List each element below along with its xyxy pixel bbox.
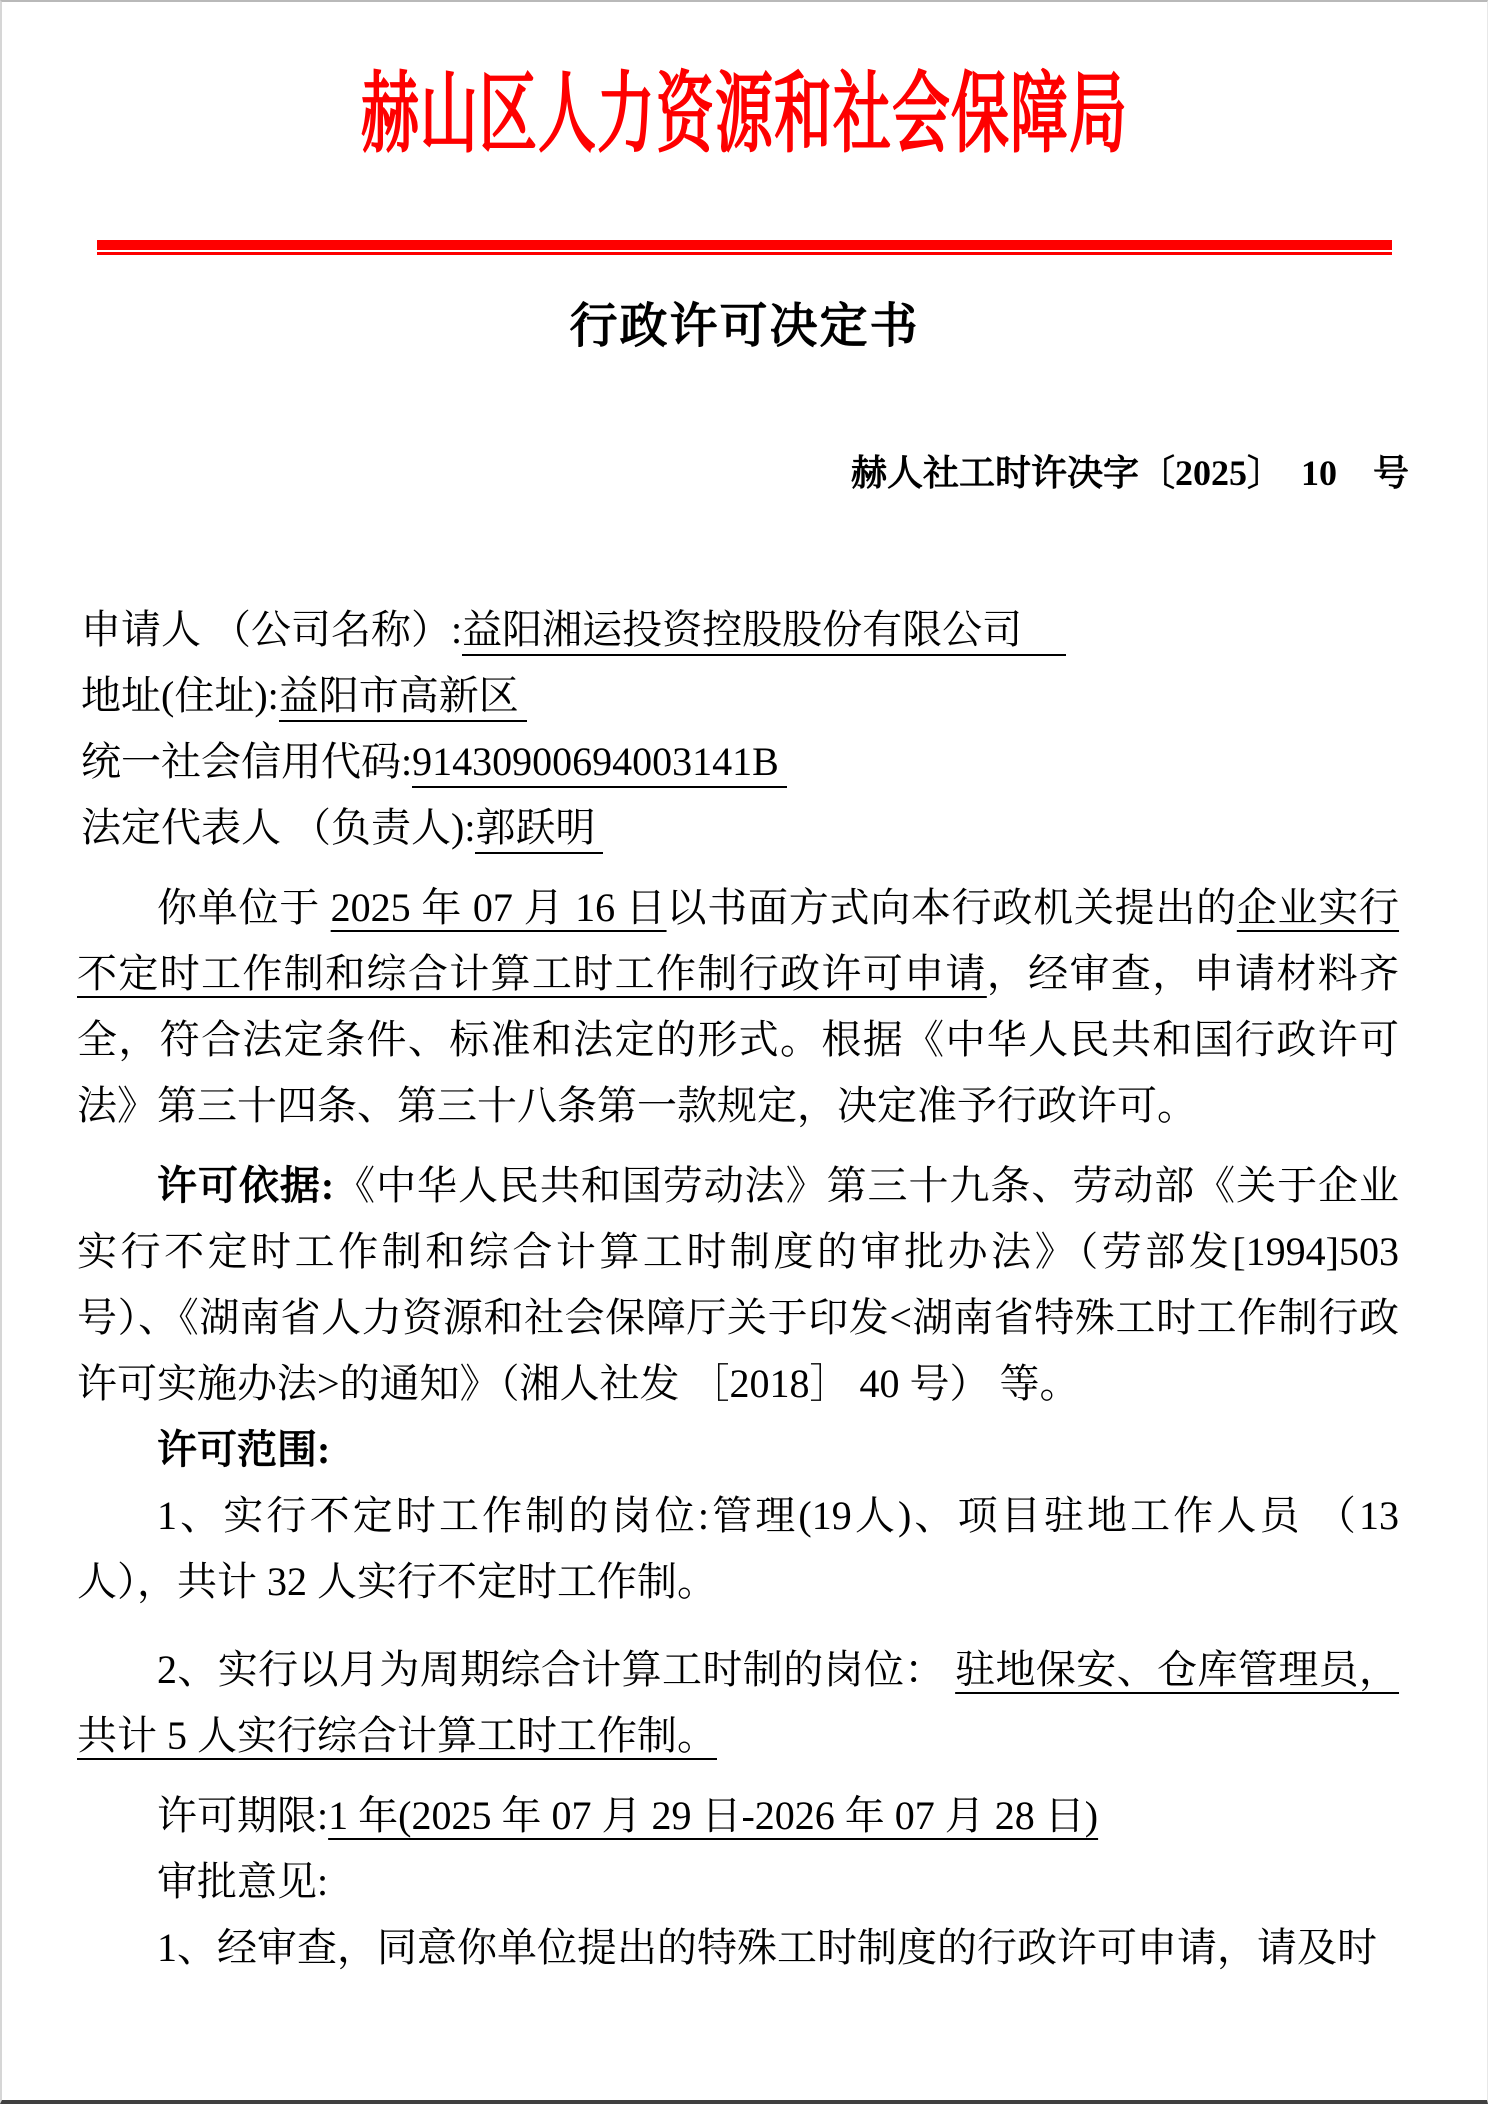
scope-label: 许可范围: [77,1417,1399,1483]
field-applicant-label: 申请人 （公司名称）: [81,607,462,652]
field-credit-code-label: 统一社会信用代码: [81,739,412,784]
approval-label: 审批意见: [157,1859,328,1904]
scope-item-1: 1、实行不定时工作制的岗位:管理(19人)、项目驻地工作人员 （13 人），共计… [77,1483,1399,1615]
field-legal-rep: 法定代表人 （负责人):郭跃明 [77,795,1399,861]
field-credit-code: 统一社会信用代码:91430900694003141B [77,729,1399,795]
basis-label: 许可依据: [157,1163,334,1208]
license-decision-document: 赫山区人力资源和社会保障局 行政许可决定书 赫人社工时许决字〔2025〕 10 … [0,0,1488,2104]
application-date: 2025 年 07 月 16 日 [331,885,667,930]
doc-number: 赫人社工时许决字〔2025〕 10 号 [2,451,1487,495]
scope-item-2: 2、实行以月为周期综合计算工时制的岗位： 驻地保安、仓库管理员，共计 5 人实行… [77,1637,1399,1769]
scope-item-2-lead: 2、实行以月为周期综合计算工时制的岗位： [157,1647,955,1692]
field-address-value: 益阳市高新区 [279,673,527,722]
letterhead-rule-thick [97,240,1392,250]
scope-label-text: 许可范围: [157,1427,330,1472]
field-credit-code-value: 91430900694003141B [412,739,787,788]
basis-paragraph: 许可依据:《中华人民共和国劳动法》第三十九条、劳动部《关于企业实行不定时工作制和… [77,1153,1399,1417]
scope-item-1-text: 1、实行不定时工作制的岗位:管理(19人)、项目驻地工作人员 （13 人），共计… [77,1493,1399,1604]
field-applicant: 申请人 （公司名称）:益阳湘运投资控股股份有限公司 [77,597,1399,663]
period-label: 许可期限: [157,1793,328,1838]
approval-item-1: 1、经审查，同意你单位提出的特殊工时制度的行政许可申请，请及时 [77,1915,1399,1981]
application-paragraph: 你单位于 2025 年 07 月 16 日以书面方式向本行政机关提出的企业实行不… [77,875,1399,1139]
field-address-label: 地址(住址): [81,673,279,718]
letterhead: 赫山区人力资源和社会保障局 [2,2,1487,182]
doc-body: 申请人 （公司名称）:益阳湘运投资控股股份有限公司 地址(住址):益阳市高新区 … [2,597,1487,1981]
application-middle: 以书面方式向本行政机关提出的 [667,885,1237,930]
period-line: 许可期限:1 年(2025 年 07 月 29 日-2026 年 07 月 28… [77,1783,1399,1849]
period-value: 1 年(2025 年 07 月 29 日-2026 年 07 月 28 日) [328,1793,1098,1838]
letterhead-rule-thin [97,252,1392,255]
field-legal-rep-value: 郭跃明 [475,805,603,854]
letterhead-rule [97,240,1392,255]
field-legal-rep-label: 法定代表人 （负责人): [81,805,475,850]
field-applicant-value: 益阳湘运投资控股股份有限公司 [462,607,1066,656]
approval-item-1-text: 1、经审查，同意你单位提出的特殊工时制度的行政许可申请，请及时 [157,1925,1377,1970]
field-address: 地址(住址):益阳市高新区 [77,663,1399,729]
approval-label-line: 审批意见: [77,1849,1399,1915]
doc-title: 行政许可决定书 [2,299,1487,355]
agency-title: 赫山区人力资源和社会保障局 [361,31,1128,198]
application-lead: 你单位于 [157,885,331,930]
